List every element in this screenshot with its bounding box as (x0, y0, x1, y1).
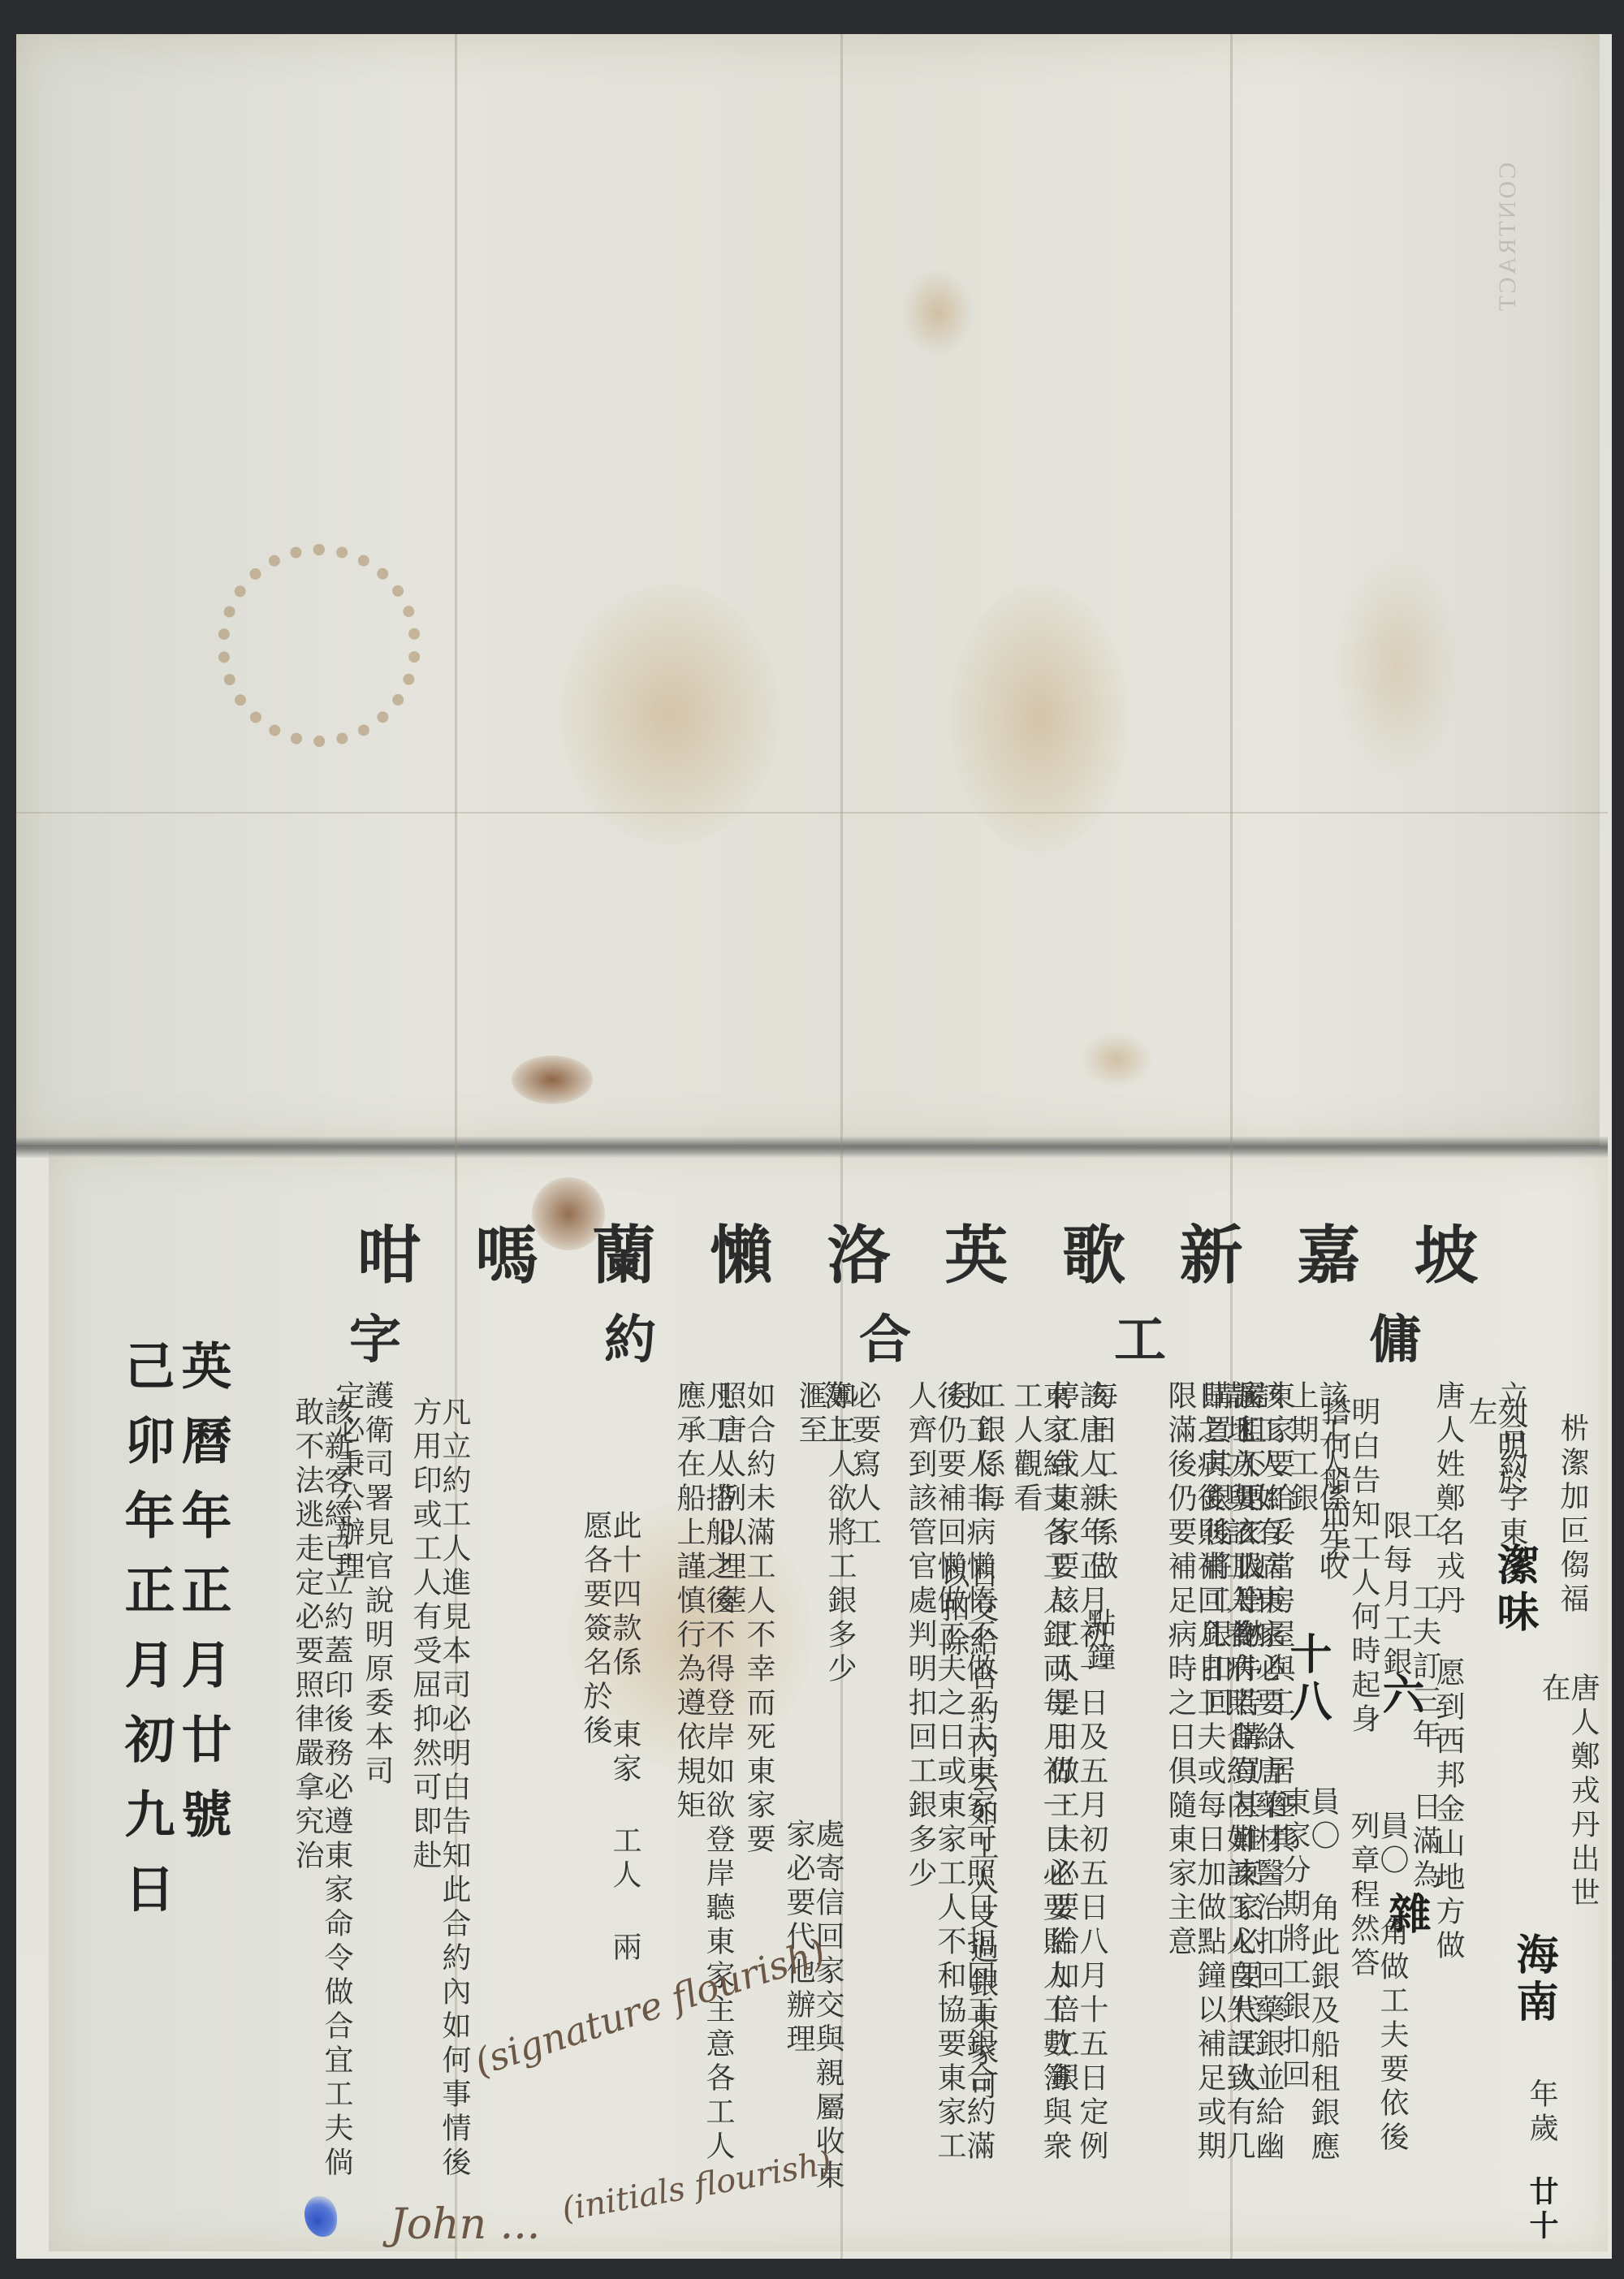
clause-12-note: 必要寫人工簿上 (820, 1380, 879, 1559)
clause-14: 凡工人搭船之後不得登岸如欲登岸聽東家主意各工人應承在船上謹慎行為遵依規矩 (674, 1380, 732, 2192)
handwritten-employer: 㵖味 (1492, 1543, 1535, 1673)
title-char: 英 (944, 1205, 1008, 1296)
witness-signature-1: John ... (390, 2200, 540, 2249)
subtitle-char: 傭 (1369, 1298, 1421, 1373)
handwritten-wage: 六 (1378, 1673, 1420, 1729)
notice-3: 該新客經已立約蓋印後務必遵東家命令做合宜工夫倘敢不法逃走定必要照律嚴拿究治 (292, 1396, 351, 2208)
water-stain (950, 585, 1129, 852)
handwritten-birthplace: 海南 (1512, 1932, 1554, 2062)
date-char: 月 (116, 1638, 175, 1713)
subtitle-char: 字 (349, 1298, 401, 1373)
date-char: 己 (116, 1340, 175, 1414)
water-stain (1080, 1031, 1153, 1088)
clause-6: 該工人如有病東家必要給唐藥材醫治扣回藥銀並給幽靜地方與該工人養病照合約內如該工人… (1165, 1380, 1282, 2192)
rust-stain (512, 1055, 593, 1104)
subtitle-char: 合 (859, 1298, 911, 1373)
subtitle-char: 約 (604, 1298, 656, 1373)
water-stain (1332, 552, 1462, 779)
closing-statement: 此十四款係 東家 工人 兩愿各要簽名於後 (581, 1510, 639, 1981)
clause-2-cont2: 員〇 角做工夫要依後列章程然答 (1348, 1811, 1406, 2184)
title-char: 新 (1180, 1205, 1243, 1296)
document-title: 坡 嘉 新 歌 英 洛 懶 蘭 嗎 咁 (357, 1202, 1478, 1299)
worker-origin-column: 唐人鄭戎丹出世在 (1539, 1673, 1597, 1916)
title-char: 洛 (827, 1205, 891, 1296)
water-stain (560, 585, 780, 844)
title-char: 嘉 (1297, 1205, 1360, 1296)
official-seal-stamp (218, 544, 421, 747)
date-char: 日 (116, 1862, 175, 1937)
reverse-bleed-text: CONTRACT (1494, 162, 1522, 812)
date-chinese: 己卯年正月初九日 (110, 1340, 182, 1957)
title-char: 嗎 (475, 1205, 538, 1296)
title-char: 歌 (1062, 1205, 1125, 1296)
clause-1-cont: 列明於左 (1466, 1396, 1524, 1526)
title-char: 蘭 (592, 1205, 655, 1296)
title-char: 坡 (1415, 1205, 1478, 1296)
clause-11: 如工人非病懶惰不做工夫東家可照日扣回工銀合約滿後仍要補回懶做工夫之日或東家工人不… (905, 1380, 993, 2192)
clause-9: 東家給支各工人銀両每月初一日必要貼人工數簿與衆工人觀看 (1011, 1380, 1069, 2192)
fold-line (16, 812, 1608, 814)
subtitle-char: 工 (1114, 1298, 1166, 1373)
document-subtitle: 傭 工 合 約 字 (349, 1299, 1421, 1372)
horizontal-fold-tear (16, 1137, 1608, 1158)
water-stain (901, 268, 974, 357)
notice-1: 凡立約工人進見本司必明白告知此合約內如何事情後方用印或工人有受屈抑然可即赴 (410, 1396, 469, 2208)
title-char: 咁 (357, 1205, 421, 1296)
clause-3: 該工人係先收上期工銀 (1287, 1380, 1345, 1591)
handwritten-age: 廿十 (1527, 2176, 1556, 2257)
date-char: 卯 (116, 1414, 175, 1489)
date-char: 年 (116, 1489, 175, 1564)
title-char: 懶 (710, 1205, 773, 1296)
date-char: 正 (116, 1564, 175, 1638)
date-char: 初九 (116, 1713, 175, 1862)
age-label: 年歲 (1527, 2078, 1556, 2160)
